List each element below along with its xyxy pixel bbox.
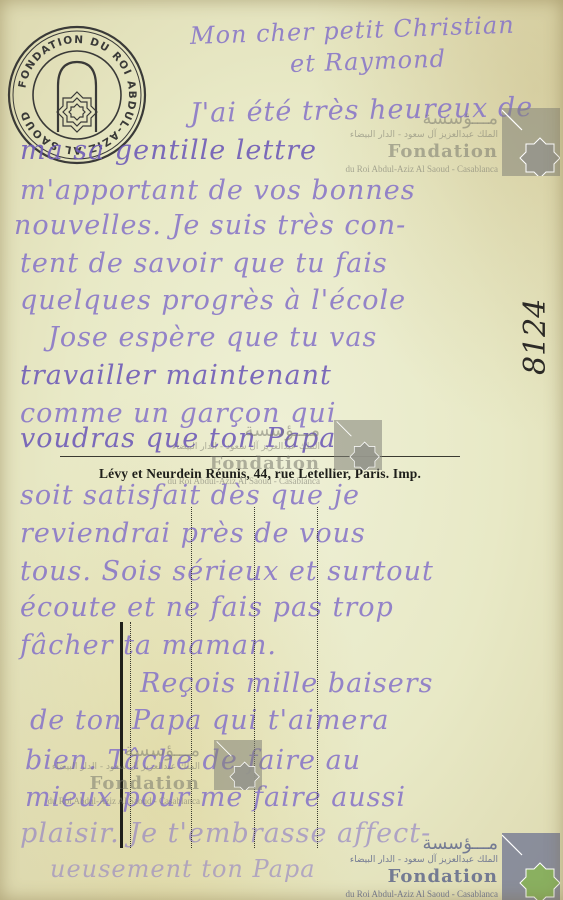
- watermark-subtitle: du Roi Abdul-Aziz Al Saoud - Casablanca: [346, 164, 498, 174]
- watermark-subtitle: du Roi Abdul-Aziz Al Saoud - Casablanca: [346, 889, 498, 899]
- handwriting-line: nouvelles. Je suis très con-: [14, 210, 406, 241]
- watermark-title: Fondation: [388, 141, 498, 162]
- handwriting-line: tous. Sois sérieux et surtout: [20, 556, 434, 587]
- handwriting-line: travailler maintenant: [20, 360, 332, 391]
- watermark-subtitle: du Roi Abdul-Aziz Al Saoud - Casablanca: [168, 476, 320, 486]
- watermark-title: Fondation: [388, 866, 498, 887]
- watermark-title: Fondation: [210, 453, 320, 474]
- handwriting-line: quelques progrès à l'école: [20, 285, 406, 316]
- handwriting-line: Mon cher petit Christian: [190, 11, 516, 50]
- postcard-back: FONDATION DU ROI ABDUL-AZIZ AL SAOUD Mon…: [0, 0, 563, 900]
- dotted-guide-line: [130, 622, 131, 848]
- foundation-watermark: مـــؤسسة الملك عبدالعزيز آل سعود - الدار…: [290, 108, 560, 178]
- foundation-logo-icon: [214, 740, 262, 790]
- handwriting-line: Reçois mille baisers: [140, 668, 433, 699]
- archive-reference-number: 8124: [518, 299, 553, 375]
- watermark-arabic-title: مـــؤسسة: [422, 833, 498, 854]
- handwriting-line: ueusement ton Papa: [50, 855, 316, 883]
- handwriting-line: de ton Papa qui t'aimera: [30, 705, 389, 736]
- handwriting-line: reviendrai près de vous: [20, 518, 366, 549]
- dotted-guide-line: [317, 507, 318, 848]
- watermark-arabic-subtitle: الملك عبدالعزيز آل سعود - الدار البيضاء: [52, 762, 200, 772]
- watermark-title: Fondation: [90, 773, 200, 794]
- foundation-watermark: مـــؤسسة الملك عبدالعزيز آل سعود - الدار…: [40, 740, 262, 812]
- watermark-arabic-subtitle: الملك عبدالعزيز آل سعود - الدار البيضاء: [350, 855, 498, 865]
- watermark-arabic-title: مـــؤسسة: [422, 108, 498, 129]
- handwriting-line: ma sa gentille lettre: [20, 135, 317, 166]
- address-divider-line: [120, 622, 123, 848]
- handwriting-line: m'apportant de vos bonnes: [20, 175, 416, 206]
- handwriting-line: fâcher ta maman.: [20, 630, 277, 661]
- watermark-subtitle: du Roi Abdul-Aziz Al Saoud - Casablanca: [48, 796, 200, 806]
- watermark-arabic-subtitle: الملك عبدالعزيز آل سعود - الدار البيضاء: [172, 442, 320, 452]
- foundation-logo-icon: [502, 108, 560, 176]
- foundation-watermark: مـــؤسسة الملك عبدالعزيز آل سعود - الدار…: [290, 833, 560, 899]
- handwriting-line: et Raymond: [290, 45, 447, 78]
- watermark-arabic-subtitle: الملك عبدالعزيز آل سعود - الدار البيضاء: [350, 130, 498, 140]
- watermark-arabic-title: مـــؤسسة: [244, 420, 320, 441]
- handwriting-line: écoute et ne fais pas trop: [20, 592, 394, 623]
- handwriting-line: tent de savoir que tu fais: [20, 248, 388, 279]
- handwriting-line: Jose espère que tu vas: [48, 322, 377, 353]
- foundation-watermark: مـــؤسسة الملك عبدالعزيز آل سعود - الدار…: [126, 420, 382, 490]
- foundation-logo-icon: [334, 420, 382, 470]
- watermark-arabic-title: مـــؤسسة: [124, 740, 200, 761]
- foundation-logo-icon: [502, 833, 560, 900]
